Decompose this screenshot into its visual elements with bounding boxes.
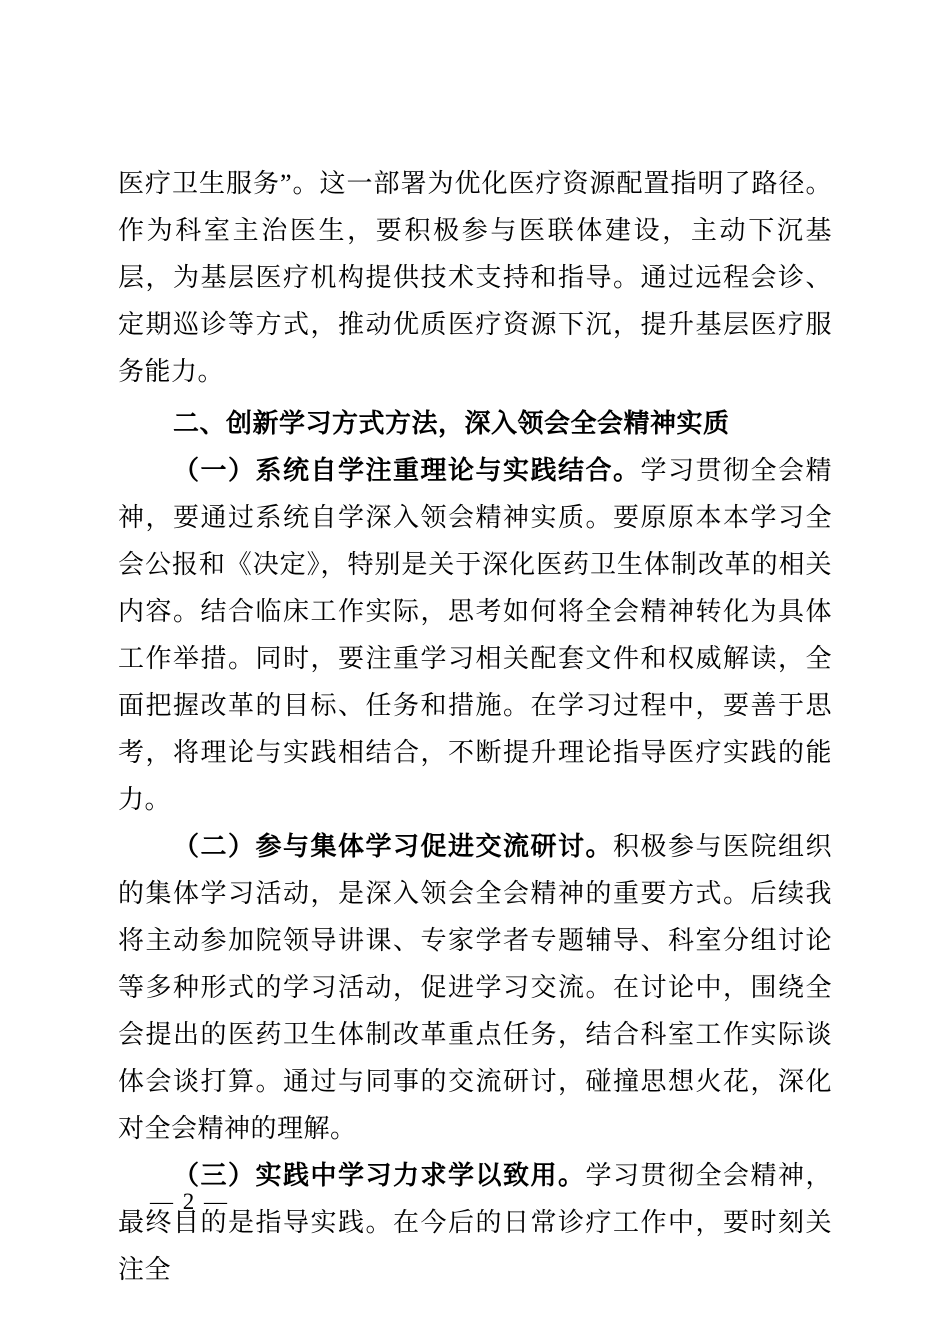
body-paragraph-continuation: 医疗卫生服务”。这一部署为优化医疗资源配置指明了路径。作为科室主治医生，要积极参… <box>118 160 832 395</box>
sub-paragraph-1-leader: （一）系统自学注重理论与实践结合。 <box>173 456 640 485</box>
sub-paragraph-3: （三）实践中学习力求学以致用。学习贯彻全会精神，最终目的是指导实践。在今后的日常… <box>118 1152 832 1293</box>
document-page: 医疗卫生服务”。这一部署为优化医疗资源配置指明了路径。作为科室主治医生，要积极参… <box>0 0 950 1344</box>
sub-paragraph-1-text: 学习贯彻全会精神，要通过系统自学深入领会精神实质。要原原本本学习全会公报和《决定… <box>118 456 832 814</box>
sub-paragraph-2: （二）参与集体学习促进交流研讨。积极参与医院组织的集体学习活动，是深入领会全会精… <box>118 823 832 1152</box>
sub-paragraph-1: （一）系统自学注重理论与实践结合。学习贯彻全会精神，要通过系统自学深入领会精神实… <box>118 447 832 823</box>
section-heading: 二、创新学习方式方法，深入领会全会精神实质 <box>118 400 832 447</box>
sub-paragraph-3-leader: （三）实践中学习力求学以致用。 <box>173 1161 585 1190</box>
sub-paragraph-2-text: 积极参与医院组织的集体学习活动，是深入领会全会精神的重要方式。后续我将主动参加院… <box>118 832 832 1143</box>
document-body: 医疗卫生服务”。这一部署为优化医疗资源配置指明了路径。作为科室主治医生，要积极参… <box>118 160 832 1293</box>
sub-paragraph-2-leader: （二）参与集体学习促进交流研讨。 <box>173 832 613 861</box>
page-number: — 2 — <box>150 1188 229 1216</box>
